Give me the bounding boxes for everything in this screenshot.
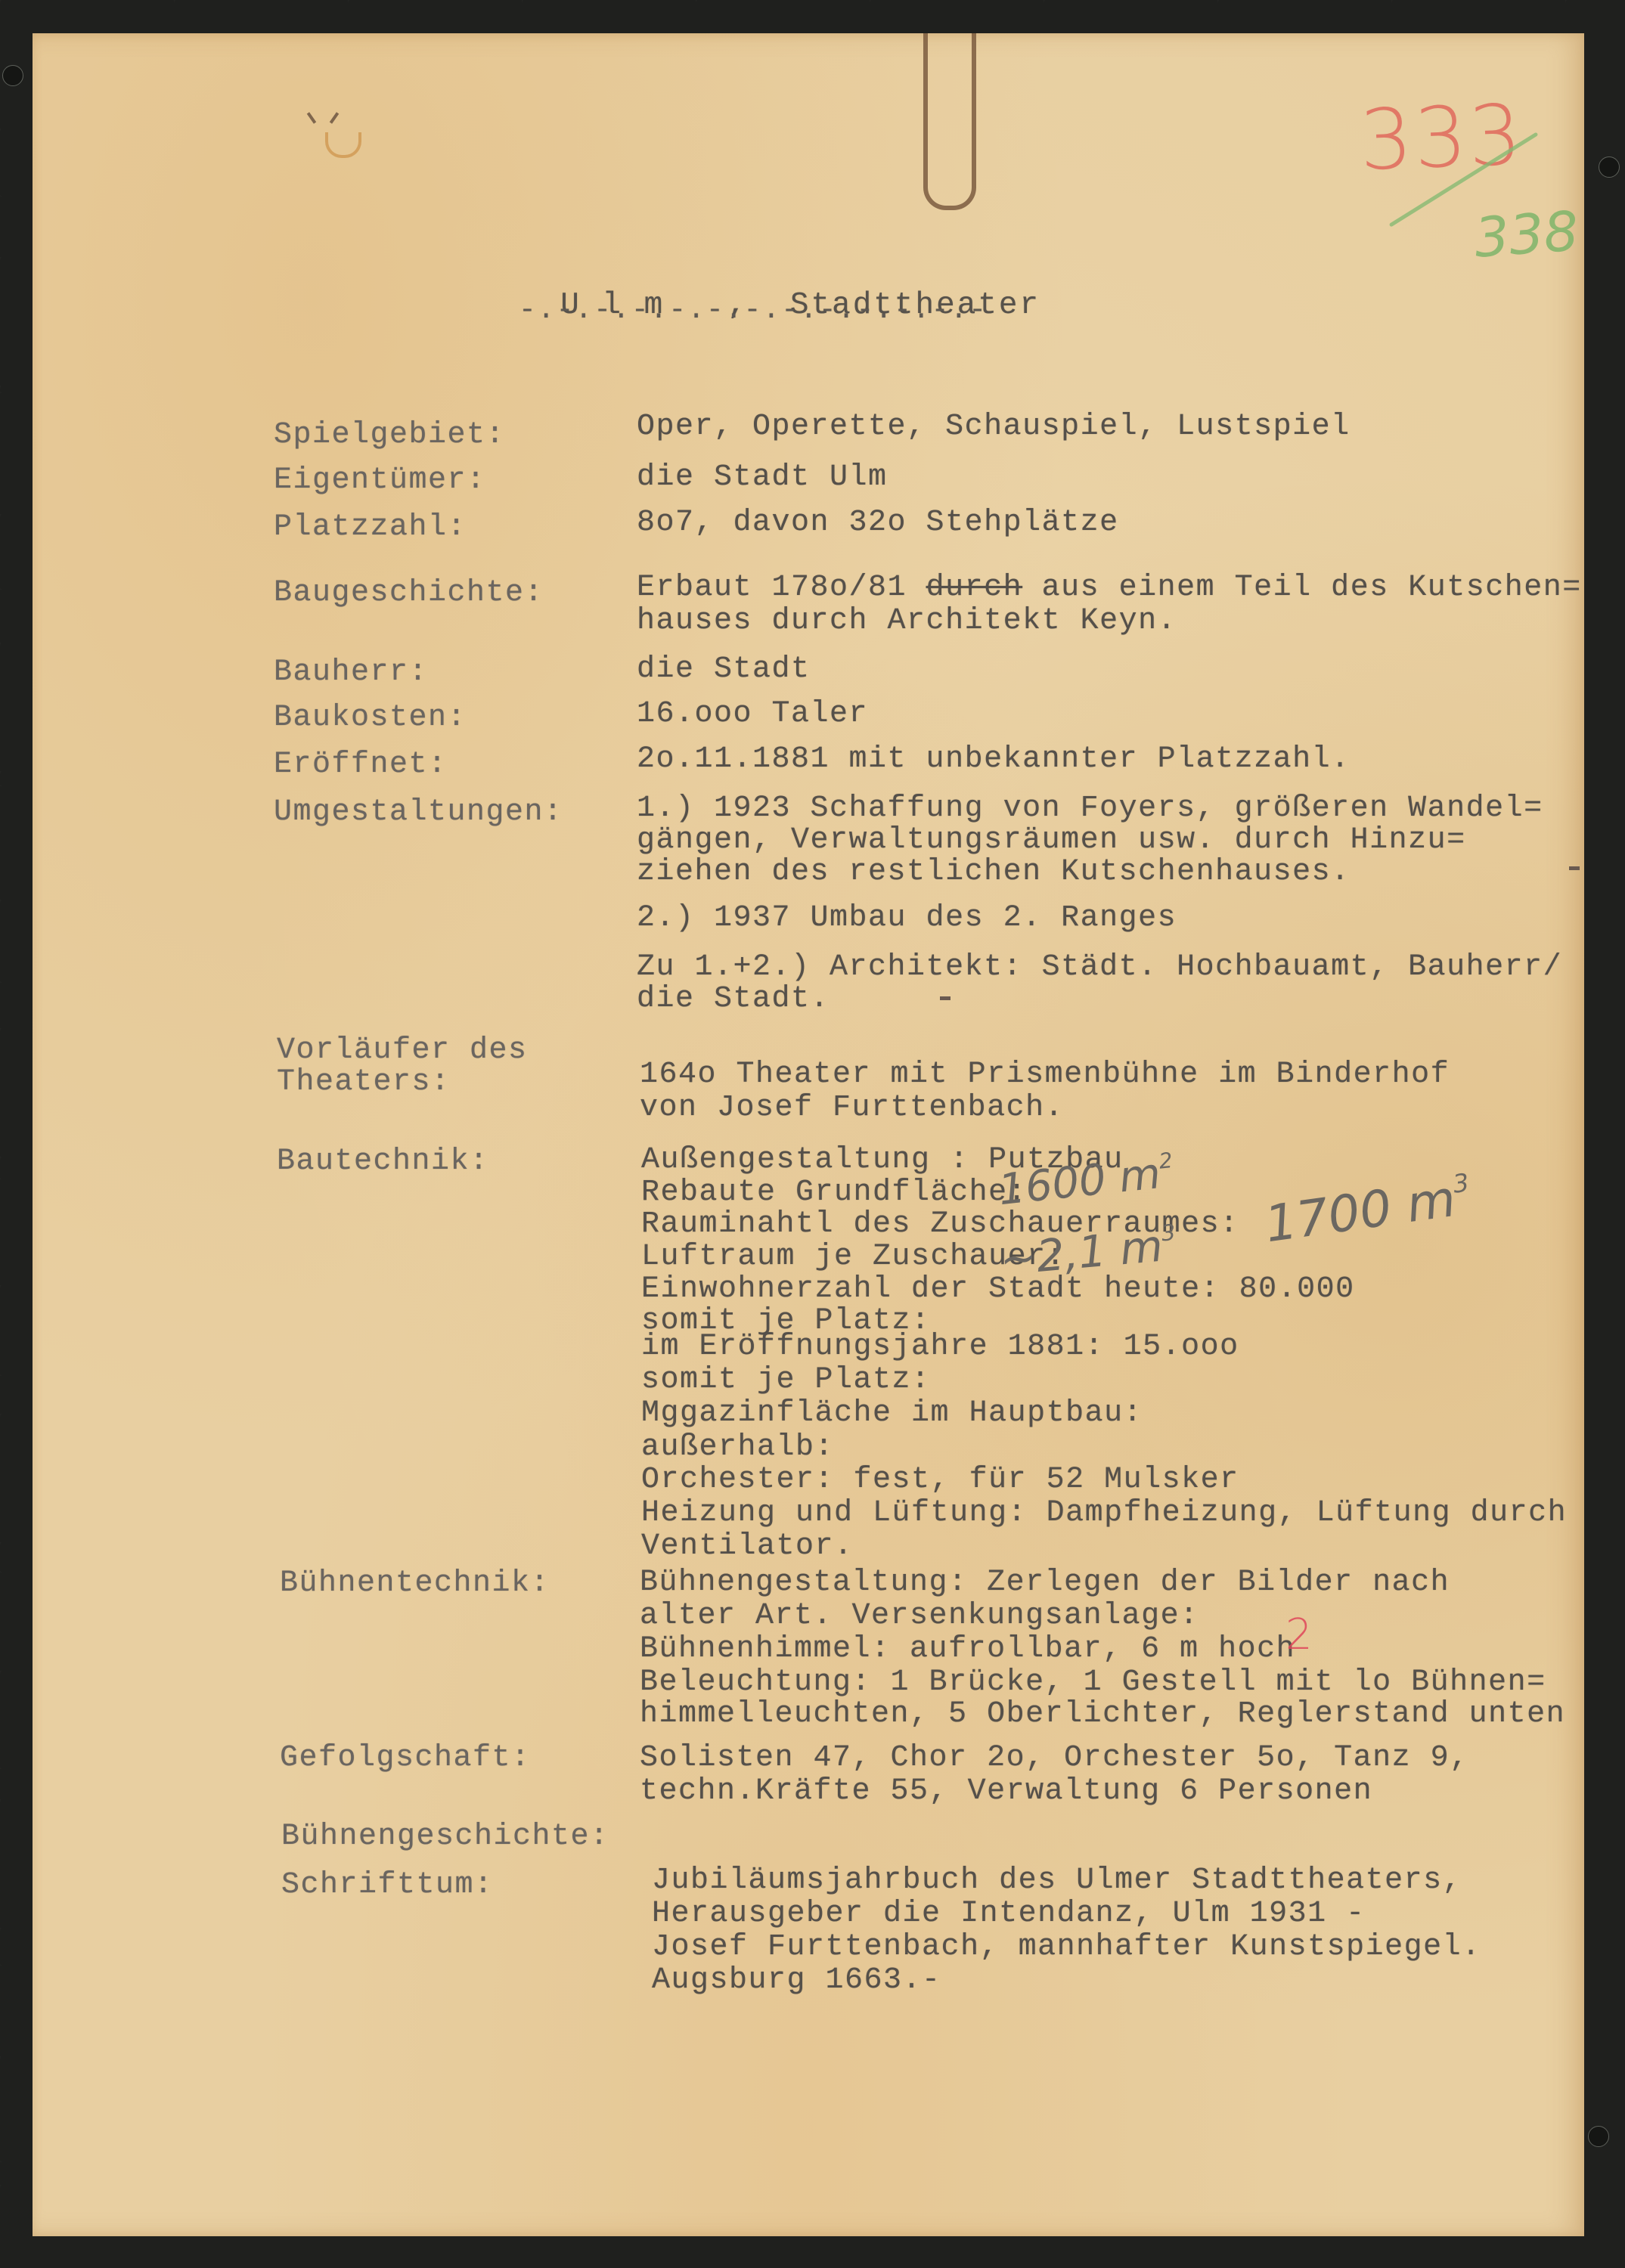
value-bautechnik-12: Heizung und Lüftung: Dampfheizung, Lüftu… (641, 1498, 1567, 1529)
value-bautechnik-13: Ventilator. (641, 1532, 854, 1562)
value-spielgebiet: Oper, Operette, Schauspiel, Lustspiel (637, 412, 1351, 442)
value-baukosten: 16.ooo Taler (637, 699, 868, 730)
value-schrifttum-2: Herausgeber die Intendanz, Ulm 1931 - (652, 1899, 1366, 1929)
value-buehnentechnik-1: Bühnengestaltung: Zerlegen der Bilder na… (640, 1568, 1450, 1598)
value-eroeffnet: 2o.11.1881 mit unbekannter Platzzahl. (637, 745, 1351, 775)
value-vorlaeufer-1: 164o Theater mit Prismenbühne im Binderh… (640, 1060, 1450, 1090)
label-platzzahl: Platzzahl: (274, 513, 467, 543)
value-schrifttum-1: Jubiläumsjahrbuch des Ulmer Stadttheater… (652, 1866, 1462, 1896)
value-platzzahl: 8o7, davon 32o Stehplätze (637, 508, 1119, 538)
archive-number-red: 333 (1358, 86, 1524, 188)
value-bautechnik-8: somit je Platz: (641, 1365, 931, 1396)
label-gefolgschaft: Gefolgschaft: (280, 1743, 531, 1774)
pencil-dash (940, 996, 951, 1000)
label-vorlaeufer-2: Theaters: (277, 1067, 451, 1098)
label-schrifttum: Schrifttum: (281, 1870, 494, 1901)
value-gefolgschaft-1: Solisten 47, Chor 2o, Orchester 5o, Tanz… (640, 1743, 1469, 1774)
value-umgestaltungen-6: die Stadt. (637, 984, 830, 1015)
label-buehnengeschichte: Bühnengeschichte: (281, 1822, 609, 1852)
title-underline: -.-.-.-.-.-.-.-.-.-.-.-.- (519, 296, 988, 325)
value-umgestaltungen-3: ziehen des restlichen Kutschenhauses. (637, 857, 1351, 888)
punch-hole-left (2, 65, 23, 86)
value-bautechnik-7: im Eröffnungsjahre 1881: 15.ooo (641, 1332, 1239, 1362)
value-bautechnik-10: außerhalb: (641, 1433, 834, 1463)
value-buehnentechnik-2: alter Art. Versenkungsanlage: (640, 1601, 1199, 1631)
value-umgestaltungen-5: Zu 1.+2.) Architekt: Städt. Hochbauamt, … (637, 953, 1562, 983)
paperclip-mark (923, 33, 976, 210)
value-bautechnik-11: Orchester: fest, für 52 Mulsker (641, 1465, 1239, 1495)
label-bautechnik: Bautechnik: (277, 1147, 489, 1177)
value-baugeschichte-line-1: Erbaut 178o/81 durch aus einem Teil des … (637, 573, 1582, 603)
label-bauherr: Bauherr: (274, 658, 428, 688)
label-baukosten: Baukosten: (274, 703, 467, 733)
value-umgestaltungen-4: 2.) 1937 Umbau des 2. Ranges (637, 903, 1177, 934)
punch-hole-right-bottom (1588, 2126, 1609, 2147)
label-umgestaltungen: Umgestaltungen: (274, 798, 563, 828)
value-bauherr: die Stadt (637, 655, 811, 685)
value-bautechnik-5: Einwohnerzahl der Stadt heute: 80.000 (641, 1275, 1355, 1305)
archive-number-green: 338 (1472, 199, 1580, 269)
value-eigentuemer: die Stadt Ulm (637, 463, 888, 493)
label-spielgebiet: Spielgebiet: (274, 420, 505, 451)
value-buehnentechnik-5: himmelleuchten, 5 Oberlichter, Reglersta… (640, 1699, 1565, 1730)
label-vorlaeufer: Vorläufer des (277, 1036, 528, 1066)
label-eigentuemer: Eigentümer: (274, 466, 486, 496)
value-bautechnik-2: Rebaute Grundfläche: (641, 1178, 1027, 1208)
value-umgestaltungen-2: gängen, Verwaltungsräumen usw. durch Hin… (637, 826, 1466, 856)
label-buehnentechnik: Bühnentechnik: (280, 1569, 550, 1599)
punch-hole-right-top (1599, 156, 1620, 178)
label-baugeschichte: Baugeschichte: (274, 578, 544, 609)
struck-word: durch (926, 571, 1023, 605)
value-gefolgschaft-2: techn.Kräfte 55, Verwaltung 6 Personen (640, 1777, 1372, 1807)
red-correction-mark: 2 (1285, 1610, 1313, 1659)
value-baugeschichte-line-2: hauses durch Architekt Keyn. (637, 606, 1177, 637)
value-schrifttum-3: Josef Furttenbach, mannhafter Kunstspieg… (652, 1932, 1481, 1963)
value-buehnentechnik-3: Bühnenhimmel: aufrollbar, 6 m hoch (640, 1634, 1295, 1665)
label-eroeffnet: Eröffnet: (274, 750, 448, 780)
value-schrifttum-4: Augsburg 1663.- (652, 1966, 941, 1996)
value-buehnentechnik-4: Beleuchtung: 1 Brücke, 1 Gestell mit lo … (640, 1668, 1546, 1698)
margin-dash (1569, 866, 1580, 870)
value-vorlaeufer-2: von Josef Furttenbach. (640, 1093, 1064, 1123)
value-bautechnik-9: Mggazinfläche im Hauptbau: (641, 1399, 1143, 1429)
value-umgestaltungen-1: 1.) 1923 Schaffung von Foyers, größeren … (637, 794, 1543, 824)
